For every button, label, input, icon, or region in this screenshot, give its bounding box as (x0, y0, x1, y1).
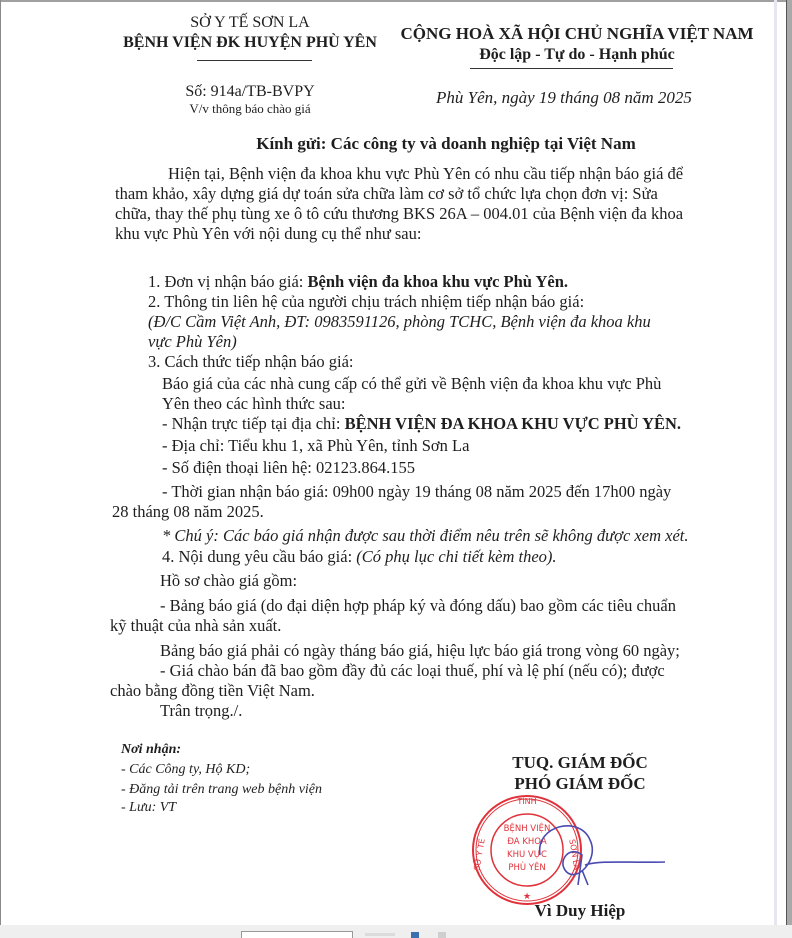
price-line: chào bằng đồng tiền Việt Nam. (110, 681, 315, 701)
item-4-label: 4. Nội dung yêu cầu báo giá: (162, 547, 356, 566)
addressee: Kính gửi: Các công ty và doanh nghiệp tạ… (100, 134, 792, 154)
item-3-label: 3. Cách thức tiếp nhận báo giá: (148, 352, 354, 372)
toolbar-view-icon[interactable] (411, 932, 419, 938)
time-line: 28 tháng 08 năm 2025. (112, 502, 264, 522)
document-subject: V/v thông báo chào giá (100, 101, 400, 117)
dossier-line: - Bảng báo giá (do đại diện hợp pháp ký … (160, 596, 676, 616)
item-2-label: 2. Thông tin liên hệ của người chịu trác… (148, 292, 584, 312)
closing: Trân trọng./. (160, 701, 242, 721)
page-number-input[interactable] (241, 931, 353, 938)
item-3-line: Yên theo các hình thức sau: (162, 394, 346, 414)
organization-name: BỆNH VIỆN ĐK HUYỆN PHÙ YÊN (100, 33, 400, 53)
intro-line: tham khảo, xây dựng giá dự toán sửa chữa… (115, 184, 658, 204)
intro-line: Hiện tại, Bệnh viện đa khoa khu vực Phù … (168, 164, 683, 184)
item-1: 1. Đơn vị nhận báo giá: Bệnh viện đa kho… (148, 272, 568, 292)
national-motto: Độc lập - Tự do - Hạnh phúc (392, 45, 762, 65)
header-left: SỞ Y TẾ SƠN LA BỆNH VIỆN ĐK HUYỆN PHÙ YÊ… (100, 13, 400, 53)
header-right: CỘNG HOÀ XÃ HỘI CHỦ NGHĨA VIỆT NAM Độc l… (392, 23, 762, 65)
price-line: - Giá chào bán đã bao gồm đầy đủ các loạ… (160, 661, 665, 681)
page-top-border (0, 0, 792, 2)
item-1-value: Bệnh viện đa khoa khu vực Phù Yên. (308, 272, 569, 291)
document-number: Số: 914a/TB-BVPY (100, 83, 400, 101)
item-1-label: 1. Đơn vị nhận báo giá: (148, 272, 308, 291)
header-left-underline (197, 60, 312, 61)
svg-text:TỈNH: TỈNH (516, 795, 536, 806)
dossier-line: kỹ thuật của nhà sản xuất. (110, 616, 281, 636)
signature-icon (530, 815, 670, 895)
signature-title-1: TUQ. GIÁM ĐỐC (460, 753, 700, 773)
address-line: - Địa chỉ: Tiểu khu 1, xã Phù Yên, tỉnh … (162, 436, 469, 456)
viewer-toolbar (0, 925, 792, 938)
intro-line: chữa, thay thế phụ tùng xe ô tô cứu thươ… (115, 204, 683, 224)
time-line: - Thời gian nhận báo giá: 09h00 ngày 19 … (162, 482, 671, 502)
item-4: 4. Nội dung yêu cầu báo giá: (Có phụ lục… (162, 547, 557, 567)
validity-line: Bảng báo giá phải có ngày tháng báo giá,… (160, 641, 680, 661)
nation-title: CỘNG HOÀ XÃ HỘI CHỦ NGHĨA VIỆT NAM (392, 23, 762, 45)
item-4-value: (Có phụ lục chi tiết kèm theo). (356, 547, 556, 566)
toolbar-separator (365, 933, 395, 936)
direct-delivery-label: - Nhận trực tiếp tại địa chỉ: (162, 414, 345, 433)
note-line: * Chú ý: Các báo giá nhận được sau thời … (162, 526, 688, 546)
dossier-title: Hồ sơ chào giá gồm: (160, 571, 297, 591)
signature-title-2: PHÓ GIÁM ĐỐC (460, 774, 700, 794)
direct-delivery: - Nhận trực tiếp tại địa chỉ: BỆNH VIỆN … (162, 414, 681, 434)
department-name: SỞ Y TẾ SƠN LA (100, 13, 400, 33)
recipient-item: - Lưu: VT (121, 798, 176, 817)
item-3-line: Báo giá của các nhà cung cấp có thể gửi … (162, 374, 661, 394)
phone-line: - Số điện thoại liên hệ: 02123.864.155 (162, 458, 415, 478)
place-date: Phù Yên, ngày 19 tháng 08 năm 2025 (436, 88, 692, 108)
page-left-edge (0, 0, 1, 925)
direct-delivery-value: BỆNH VIỆN ĐA KHOA KHU VỰC PHÙ YÊN. (345, 414, 681, 433)
contact-line: (Đ/C Cầm Việt Anh, ĐT: 0983591126, phòng… (148, 312, 651, 332)
toolbar-option-icon[interactable] (438, 932, 446, 938)
intro-line: khu vực Phù Yên với nội dung cụ thể như … (115, 224, 421, 244)
signer-name: Vì Duy Hiệp (460, 901, 700, 921)
recipients-title: Nơi nhận: (121, 740, 181, 759)
recipient-item: - Đăng tải trên trang web bệnh viện (121, 780, 322, 799)
contact-line: vực Phù Yên) (148, 332, 237, 352)
document-viewer: SỞ Y TẾ SƠN LA BỆNH VIỆN ĐK HUYỆN PHÙ YÊ… (0, 0, 792, 938)
motto-underline (470, 68, 673, 69)
recipient-item: - Các Công ty, Hộ KD; (121, 760, 250, 779)
